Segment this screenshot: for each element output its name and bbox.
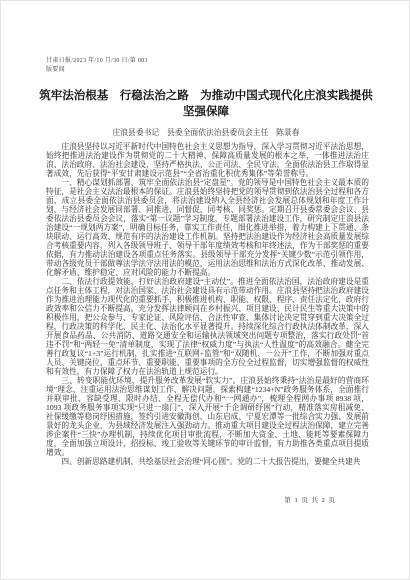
masthead-section: 版要闻: [46, 66, 226, 75]
article-title: 筑牢法治根基 行稳法治之路 为推动中国式现代化庄浪实践提供坚强保障: [36, 89, 376, 120]
masthead-source-date: 甘肃日报/2023 年/10 月/30 日/第 003: [46, 57, 226, 66]
article-paragraph-intro: 庄浪县坚持以习近平新时代中国特色社会主义思想为指导，深入学习贯彻习近平法治思想，…: [46, 142, 369, 178]
article-paragraph-section-4-partial: 四、创新思路建机制，共绘基层社会治理“同心圆”。党的二十大报告提出，要健全共建共: [46, 457, 369, 466]
article-paragraph-section-1: 一、精心谋划抓部署，筑牢全面依法治县“定盘星”。党的领导是中国特色社会主义最本质…: [46, 178, 369, 277]
article-paragraph-section-2: 二、依法行政提效能，打好法治政府建设“主动仗”。推进全面依法治国，法治政府建设是…: [46, 277, 369, 376]
article-body: 庄浪县坚持以习近平新时代中国特色社会主义思想为指导，深入学习贯彻习近平法治思想，…: [46, 142, 369, 466]
document-page: 甘肃日报/2023 年/10 月/30 日/第 003 版要闻 筑牢法治根基 行…: [0, 0, 410, 580]
article-byline: 庄浪县委书记 县委全面依法治县委员会主任 陈景春: [36, 127, 376, 138]
article-paragraph-section-3: 三、转变职能优环境，提升服务改革发展“软实力”。庄浪县始终秉持“法治是最好的营商…: [46, 376, 369, 457]
page-number-indicator: 第 1 页 共 2 页: [46, 495, 336, 504]
masthead: 甘肃日报/2023 年/10 月/30 日/第 003 版要闻: [46, 57, 226, 74]
